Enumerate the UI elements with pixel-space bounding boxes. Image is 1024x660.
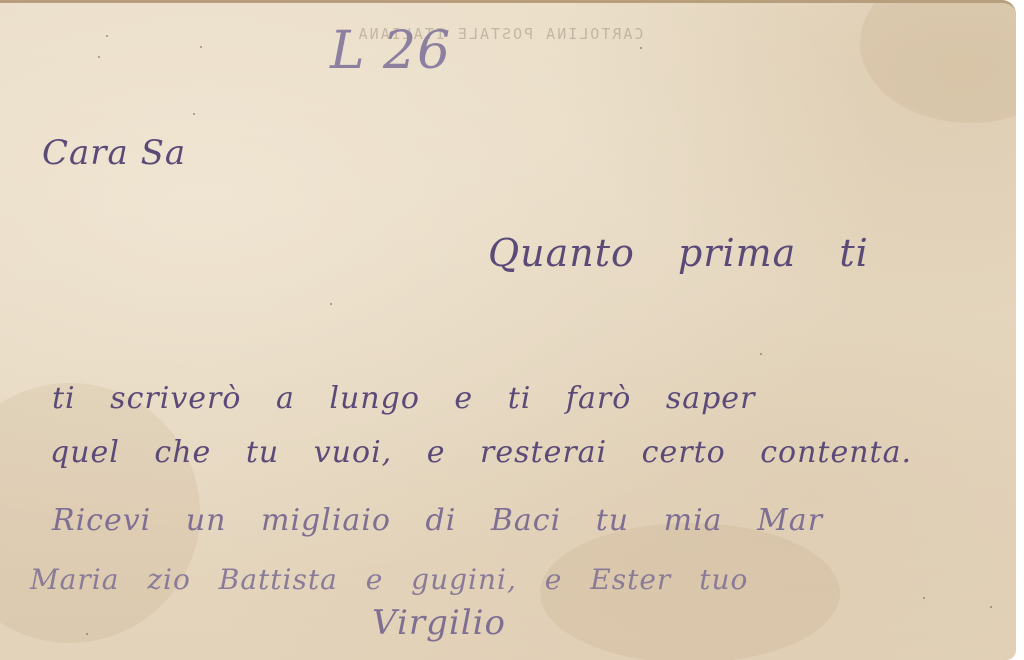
paper-speck: [86, 633, 88, 635]
paper-speck: [990, 606, 992, 608]
paper-speck: [98, 56, 100, 58]
paper-speck: [330, 303, 332, 305]
signature: Virgilio: [372, 603, 506, 643]
paper-stain: [860, 0, 1016, 123]
printed-header: CARTOLINA POSTALE ITALIANA: [200, 25, 800, 43]
page-mark: L 26: [330, 21, 451, 81]
paper-speck: [923, 597, 925, 599]
paper-speck: [106, 35, 108, 37]
postcard: CARTOLINA POSTALE ITALIANA L 26 Cara Sa …: [0, 0, 1016, 660]
salutation: Cara Sa: [42, 133, 186, 173]
paper-speck: [760, 353, 762, 355]
letter-line: Quanto prima ti: [488, 231, 869, 275]
letter-line: Ricevi un migliaio di Baci tu mia Mar: [52, 503, 823, 538]
letter-line: quel che tu vuoi, e resterai certo conte…: [50, 435, 912, 470]
letter-line: ti scriverò a lungo e ti farò saper: [52, 381, 755, 416]
letter-line: Maria zio Battista e gugini, e Ester tuo: [30, 563, 748, 596]
paper-speck: [193, 113, 195, 115]
paper-speck: [640, 47, 642, 49]
paper-speck: [200, 46, 202, 48]
